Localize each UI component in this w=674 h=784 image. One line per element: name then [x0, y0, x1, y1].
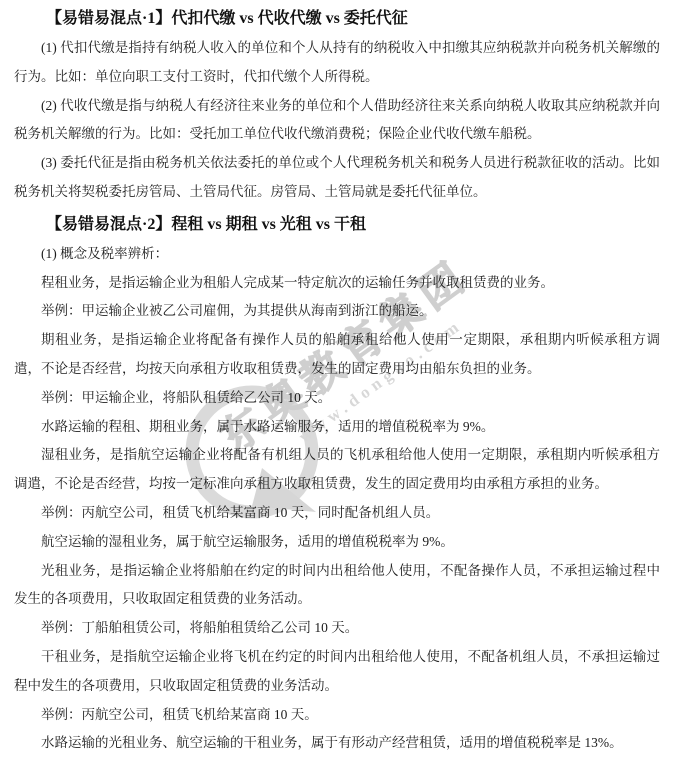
section-2-paragraph-bareboat-example: 举例：丁船舶租赁公司，将船舶租赁给乙公司 10 天。: [14, 614, 660, 643]
section-2-paragraph-tangible-lease-rate: 水路运输的光租业务、航空运输的干租业务，属于有形动产经营租赁，适用的增值税税率是…: [14, 729, 660, 758]
document-content: 【易错易混点·1】代扣代缴 vs 代收代缴 vs 委托代征 (1) 代扣代缴是指…: [0, 0, 674, 758]
section-2-paragraph-water-rate: 水路运输的程租、期租业务，属于水路运输服务，适用的增值税税率为 9%。: [14, 413, 660, 442]
section-2-paragraph-time-example: 举例：甲运输企业，将船队租赁给乙公司 10 天。: [14, 384, 660, 413]
section-1-paragraph-entrusted-levy: (3) 委托代征是指由税务机关依法委托的单位或个人代理税务机关和税务人员进行税款…: [14, 149, 660, 207]
section-2-paragraph-bareboat-charter: 光租业务，是指运输企业将船舶在约定的时间内出租给他人使用，不配备操作人员，不承担…: [14, 557, 660, 615]
section-1-paragraph-withholding: (1) 代扣代缴是指持有纳税人收入的单位和个人从持有的纳税收入中扣缴其应纳税款并…: [14, 34, 660, 92]
section-2-paragraph-air-rate: 航空运输的湿租业务，属于航空运输服务，适用的增值税税率为 9%。: [14, 528, 660, 557]
section-2-paragraph-wet-example: 举例：丙航空公司，租赁飞机给某富商 10 天，同时配备机组人员。: [14, 499, 660, 528]
section-2-paragraph-dry-example: 举例：丙航空公司，租赁飞机给某富商 10 天。: [14, 701, 660, 730]
section-1-heading: 【易错易混点·1】代扣代缴 vs 代收代缴 vs 委托代征: [14, 4, 660, 34]
section-2-paragraph-wet-lease: 湿租业务，是指航空运输企业将配备有机组人员的飞机承租给他人使用一定期限，承租期内…: [14, 441, 660, 499]
section-2-paragraph-time-charter: 期租业务，是指运输企业将配备有操作人员的船舶承租给他人使用一定期限，承租期内听候…: [14, 326, 660, 384]
section-1-paragraph-collecting: (2) 代收代缴是指与纳税人有经济往来业务的单位和个人借助经济往来关系向纳税人收…: [14, 92, 660, 150]
document-page: 东奥教育集团 www.dongao.com 【易错易混点·1】代扣代缴 vs 代…: [0, 0, 674, 784]
section-2-heading: 【易错易混点·2】程租 vs 期租 vs 光租 vs 干租: [14, 210, 660, 240]
section-2-paragraph-intro: (1) 概念及税率辨析：: [14, 240, 660, 269]
section-2-paragraph-dry-lease: 干租业务，是指航空运输企业将飞机在约定的时间内出租给他人使用，不配备机组人员，不…: [14, 643, 660, 701]
section-2-paragraph-voyage-example: 举例：甲运输企业被乙公司雇佣，为其提供从海南到浙江的船运。: [14, 297, 660, 326]
section-2-paragraph-voyage-charter: 程租业务，是指运输企业为租船人完成某一特定航次的运输任务并收取租赁费的业务。: [14, 269, 660, 298]
